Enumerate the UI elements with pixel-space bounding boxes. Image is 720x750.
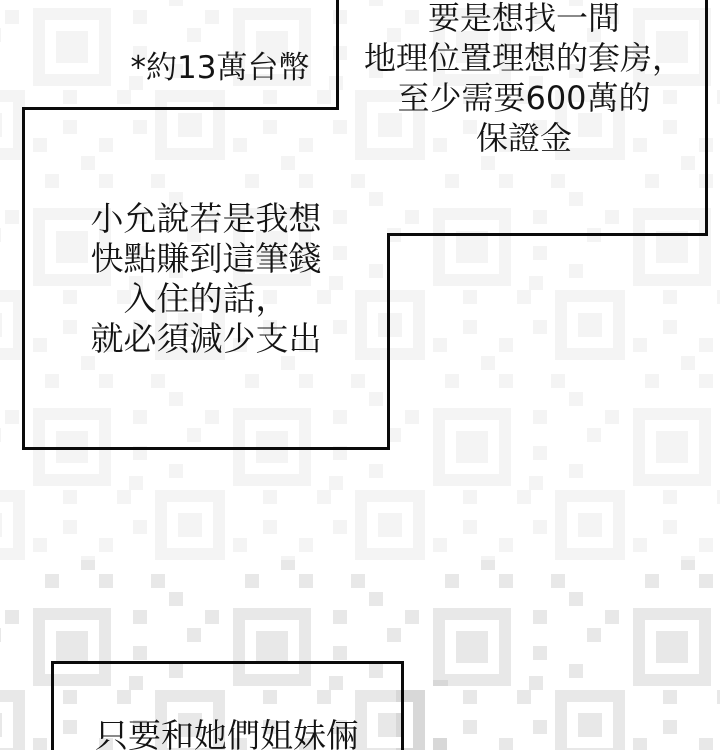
bottom-caption-text: 只要和她們姐妹倆	[53, 716, 401, 750]
note-box-border-bottom	[22, 107, 339, 110]
middle-box-border-bottom	[22, 447, 390, 450]
top-right-caption: 要是想找一間 地理位置理想的套房， 至少需要600萬的 保證金	[342, 0, 706, 158]
bottom-box-border-top	[51, 661, 404, 664]
middle-left-caption: 小允說若是我想 快點賺到這筆錢 入住的話， 就必須減少支出	[24, 199, 388, 359]
middle-box-border-left	[22, 107, 25, 450]
caption-line: 地理位置理想的套房，	[342, 38, 706, 78]
note-caption-text: *約13萬台幣	[64, 50, 376, 86]
top-right-box-border-bottom	[387, 233, 708, 236]
bottom-box-border-left	[51, 661, 54, 750]
caption-line: 小允說若是我想	[24, 199, 388, 239]
caption-line: 就必須減少支出	[24, 319, 388, 359]
caption-line: 入住的話，	[24, 279, 388, 319]
caption-line: 要是想找一間	[342, 0, 706, 38]
caption-line: 至少需要600萬的	[342, 78, 706, 118]
middle-box-border-right	[387, 233, 390, 450]
bottom-box-border-right	[401, 661, 404, 750]
caption-line: 保證金	[342, 118, 706, 158]
bottom-caption: 只要和她們姐妹倆	[53, 716, 401, 750]
top-right-box-border-right	[705, 0, 708, 236]
caption-line: 快點賺到這筆錢	[24, 239, 388, 279]
note-box-border-right	[336, 0, 339, 110]
comic-page: *約13萬台幣 要是想找一間 地理位置理想的套房， 至少需要600萬的 保證金 …	[0, 0, 720, 750]
note-caption: *約13萬台幣	[64, 50, 376, 86]
